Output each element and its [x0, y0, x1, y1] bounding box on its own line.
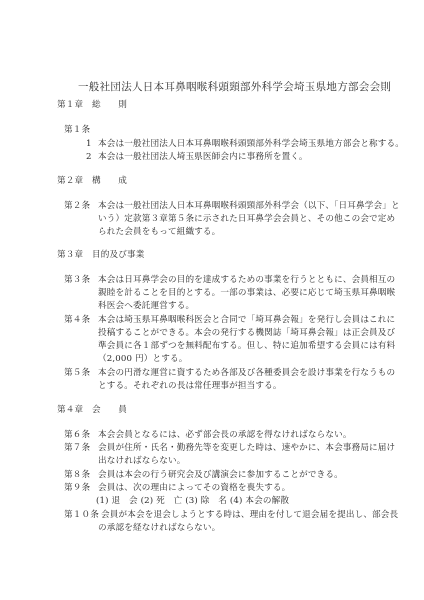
item-number: 1: [86, 138, 92, 150]
article-text: 科医会へ委託運営する。: [98, 300, 194, 312]
article-label-5: 第５条: [64, 367, 90, 379]
article-text: 会員は、次の理由によってその資格を喪失する。: [98, 482, 290, 494]
article-text: いう）定款第３章第５条に示された日耳鼻学会会員と、その他この会で定め: [98, 213, 395, 225]
article-text: 会員が本会を退会しようとする時は、理由を付して退会届を提出し、部会長: [101, 509, 398, 521]
article-text: 出なければならない。: [98, 455, 185, 467]
article-text: 会員が住所・氏名・勤務先等を変更した時は、速やかに、本会事務局に届け: [98, 442, 395, 454]
article-text: とする。それぞれの長は常任理事が担当する。: [98, 380, 282, 392]
article-text: 本会は埼玉県耳鼻咽喉科医会と合同で「埼耳鼻会報」を発行し会員はこれに: [98, 314, 395, 326]
article-label-6: 第６条: [64, 429, 90, 441]
article-text: の承認を経なければならない。: [98, 522, 220, 534]
article-label-4: 第４条: [64, 314, 90, 326]
article-label-3: 第３条: [64, 274, 90, 286]
article-label-10: 第１０条: [64, 509, 99, 521]
article-text: 本会は日耳鼻学会の目的を達成するための事業を行うとともに、会員相互の: [98, 274, 395, 286]
article-label-7: 第７条: [64, 442, 90, 454]
article-text: 本会会員となるには、必ず部会長の承認を得なければならない。: [98, 429, 352, 441]
article-text: 本会の円滑な運営に資するため各部及び各種委員会を設け事業を行なうもの: [98, 367, 395, 379]
item-text: 本会は一般社団法人日本耳鼻咽喉科頭頸部外科学会埼玉県地方部会と称する。: [98, 138, 404, 150]
chapter-heading-2: 第２章 構 成: [57, 175, 127, 187]
article-text: 準会員に各１部ずつを無料配布する。但し、特に追加希望する会員には有料: [98, 340, 395, 352]
article-label-2: 第２条: [64, 200, 90, 212]
item-text: 本会は一般社団法人埼玉県医師会内に事務所を置く。: [98, 151, 308, 163]
item-number: 2: [86, 151, 92, 163]
article-label-1: 第１条: [64, 124, 90, 136]
article-text: 親睦を計ることを目的とする。一部の事業は、必要に応じて埼玉県耳鼻咽喉: [98, 287, 395, 299]
article-text: (1) 退 会 (2) 死 亡 (3) 除 名 (4) 本会の解散: [96, 495, 289, 507]
article-text: 本会は一般社団法人日本耳鼻咽喉科頭頸部外科学会（以下、「日耳鼻学会」と: [98, 200, 400, 212]
chapter-heading-4: 第４章 会 員: [57, 404, 127, 416]
article-label-9: 第９条: [64, 482, 90, 494]
document-title: 一般社団法人日本耳鼻咽喉科頭頸部外科学会埼玉県地方部会会則: [78, 81, 391, 93]
article-text: 投稿することができる。本会の発行する機関誌「埼耳鼻会報」は正会員及び: [98, 327, 395, 339]
article-text: （2,000 円）とする。: [98, 353, 187, 365]
chapter-heading-3: 第３章 目的及び事業: [57, 249, 144, 261]
chapter-heading-1: 第１章 総 則: [57, 99, 127, 111]
article-label-8: 第８条: [64, 469, 90, 481]
article-text: 会員は本会の行う研究会及び講演会に参加することができる。: [98, 469, 343, 481]
article-text: られた会員をもって組織する。: [98, 226, 220, 238]
